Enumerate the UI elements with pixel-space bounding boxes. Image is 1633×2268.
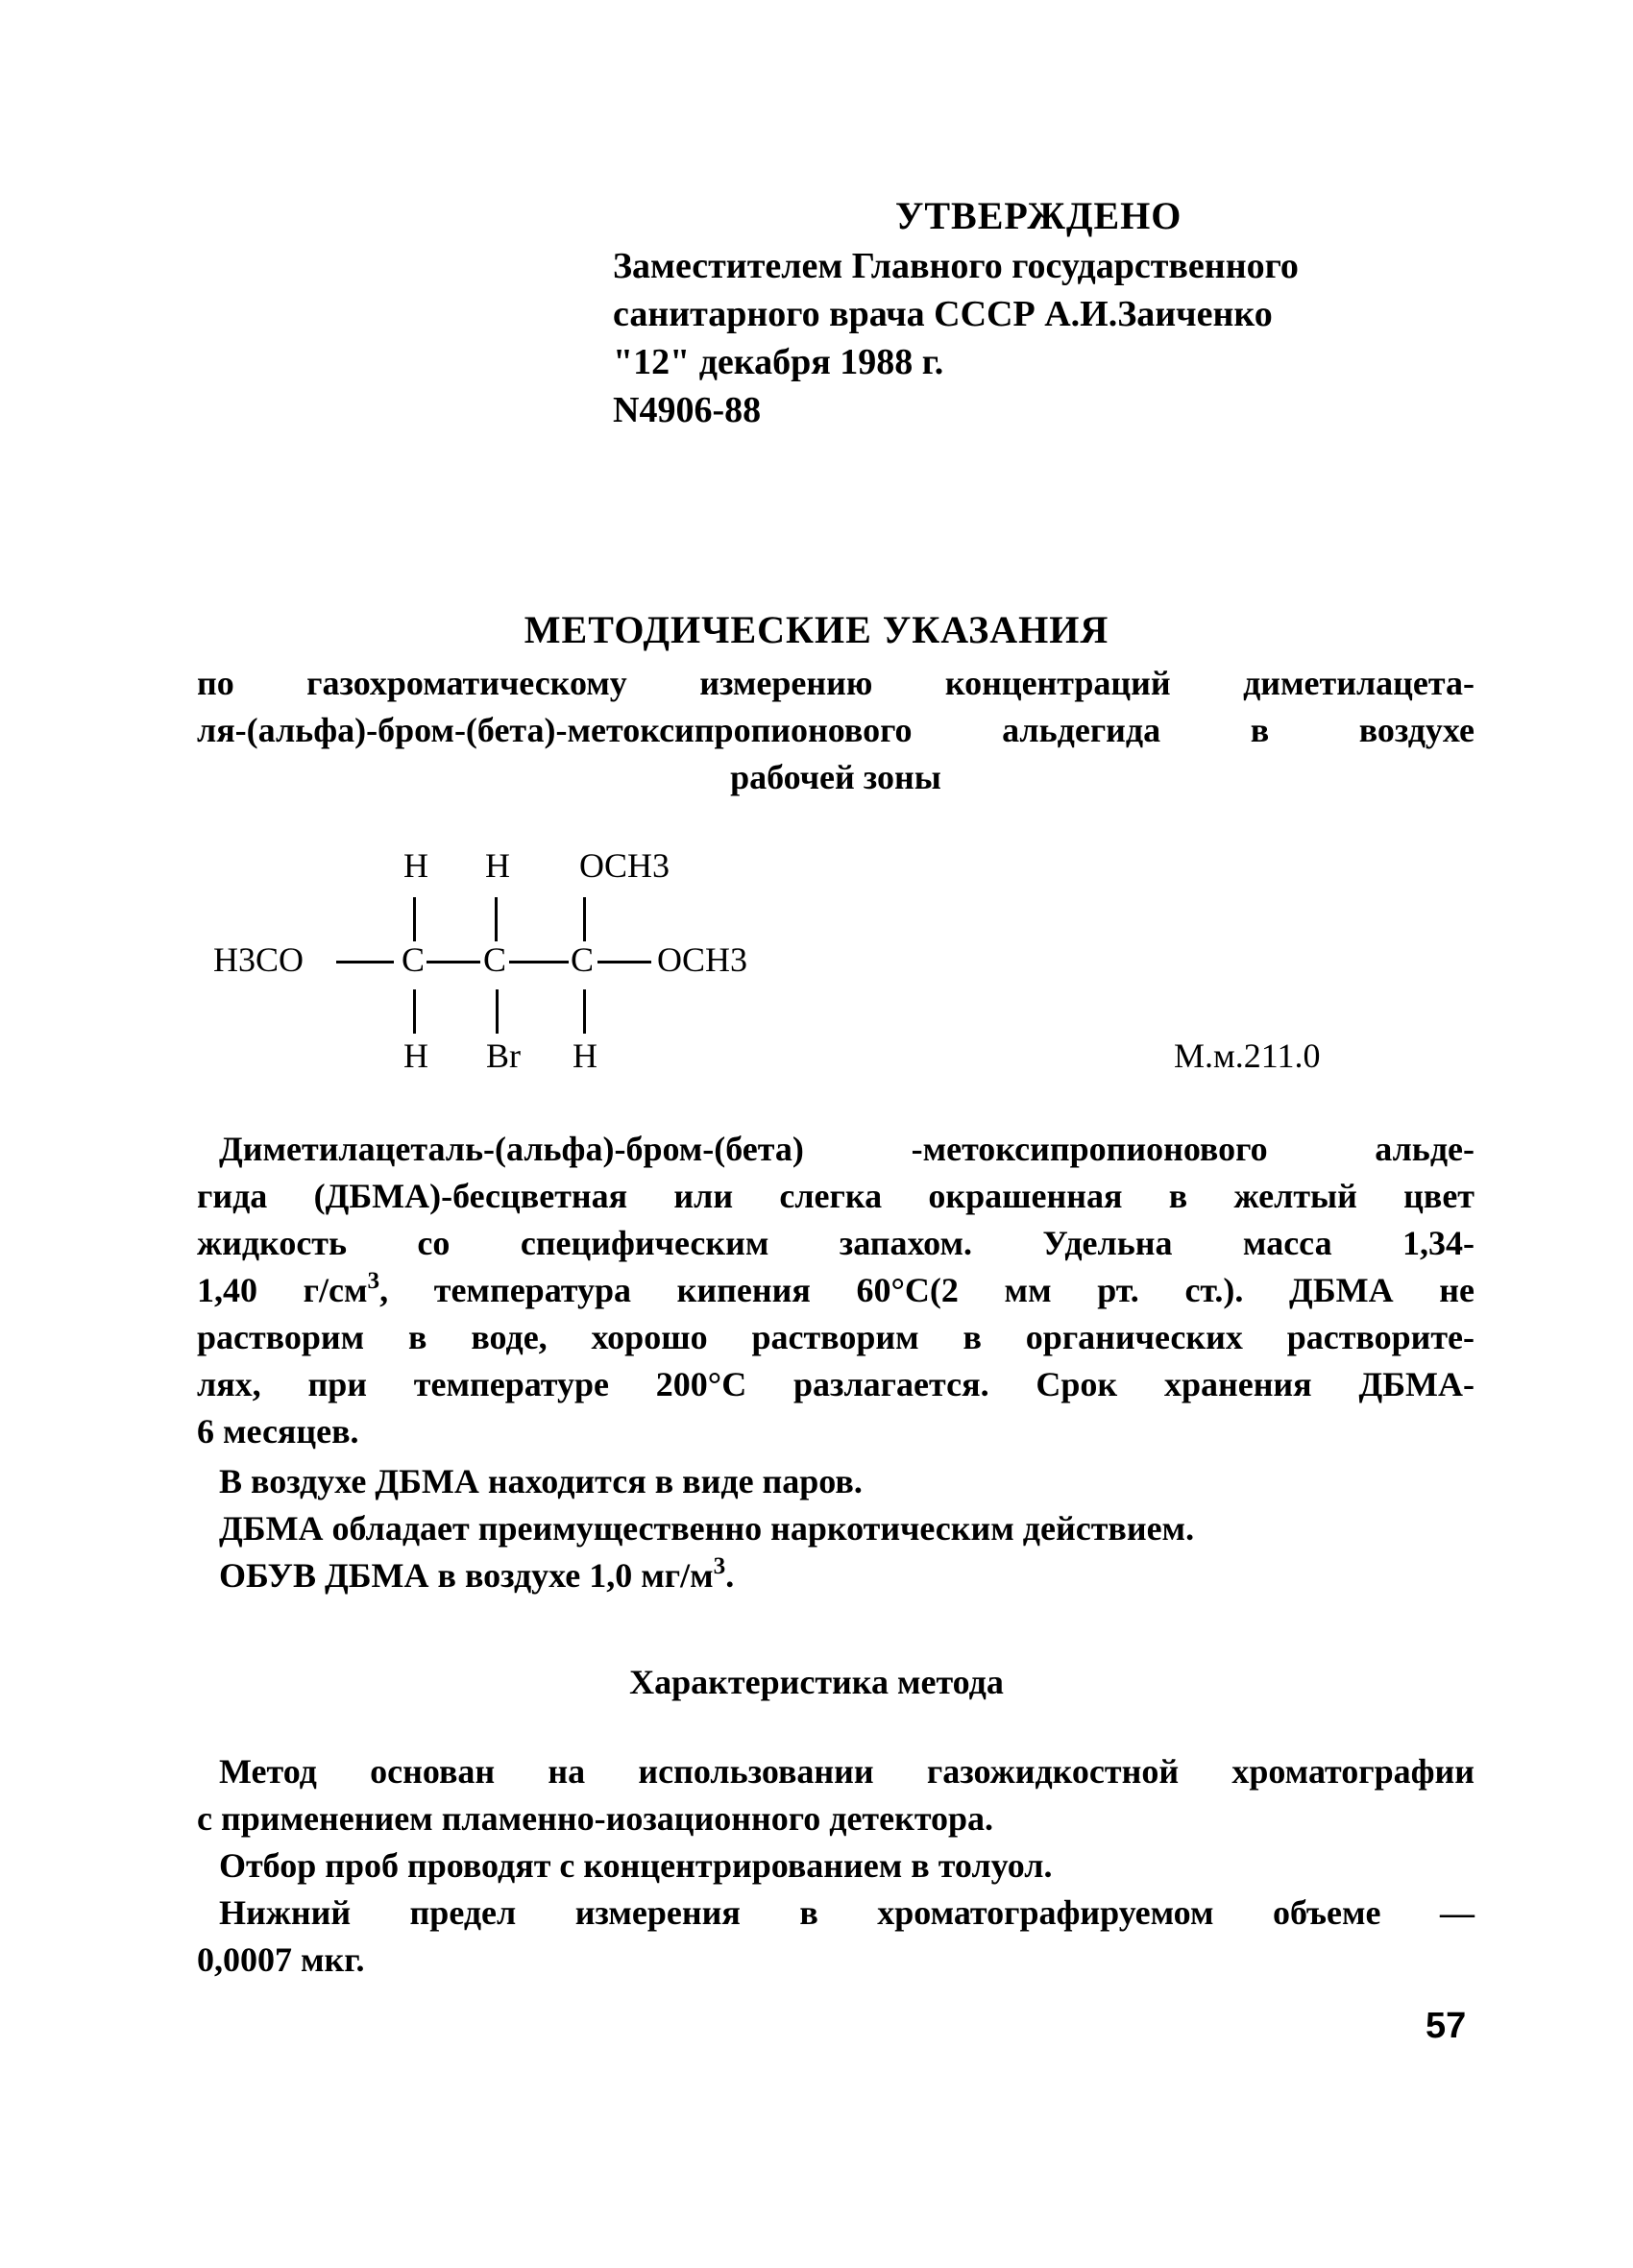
boiling-point-text: , температура кипения 60°С(2 мм рт. ст.)… [379,1271,1475,1309]
paragraph-obuv: ОБУВ ДБМА в воздухе 1,0 мг/м3. [219,1552,1475,1599]
bond-vertical [495,897,498,941]
formula-carbon-3: C [571,939,594,980]
formula-top-3: OCH3 [579,845,670,886]
description-line-6: лях, при температуре 200°С разлагается. … [197,1361,1475,1408]
bond-vertical [413,989,416,1034]
description-line-5: растворим в воде, хорошо растворим в орг… [197,1314,1475,1361]
paragraph-vapor: В воздухе ДБМА находится в виде паров. [219,1458,1475,1505]
bond-vertical [583,989,586,1034]
paragraph-effect: ДБМА обладает преимущественно наркотичес… [219,1505,1475,1552]
formula-carbon-1: C [402,939,425,980]
method-line-2: с применением пламенно-иозационного дете… [197,1795,1475,1842]
subtitle-line-1: по газохроматическому измерению концентр… [197,659,1475,707]
description-line-1: Диметилацеталь-(альфа)-бром-(бета) -мето… [219,1126,1475,1173]
obuv-text: ОБУВ ДБМА в воздухе 1,0 мг/м [219,1556,714,1595]
bond-vertical [496,989,499,1034]
bond-horizontal [336,961,394,963]
document-title: МЕТОДИЧЕСКИЕ УКАЗАНИЯ [0,607,1633,652]
bond-vertical [583,897,586,941]
method-line-1: Метод основан на использовании газожидко… [219,1748,1475,1795]
formula-right-group: OCH3 [657,939,747,980]
density-value: 1,40 г/см [197,1271,368,1309]
approval-line-2: санитарного врача СССР А.И.Заиченко [613,290,1273,338]
formula-left-group: H3CO [213,939,304,980]
formula-carbon-2: C [483,939,506,980]
approval-line-1: Заместителем Главного государственного [613,242,1299,290]
superscript: 3 [714,1553,726,1579]
method-limit-line-1: Нижний предел измерения в хроматографиру… [219,1890,1475,1937]
formula-bottom-2: Br [486,1036,521,1076]
molecular-mass: М.м.211.0 [1174,1036,1320,1076]
approval-date: "12" декабря 1988 г. [613,338,943,386]
description-line-7: 6 месяцев. [197,1408,1475,1455]
method-limit-line-2: 0,0007 мкг. [197,1937,1475,1984]
bond-horizontal [427,961,480,963]
formula-bottom-3: H [573,1036,597,1076]
section-heading-method: Характеристика метода [0,1662,1633,1702]
description-line-4: 1,40 г/см3, температура кипения 60°С(2 м… [197,1267,1475,1314]
superscript: 3 [368,1268,380,1294]
bond-horizontal [597,961,651,963]
subtitle-line-2: ля-(альфа)-бром-(бета)-метоксипропионово… [197,706,1475,754]
approval-number: N4906-88 [613,386,761,434]
formula-top-2: H [485,845,510,886]
bond-horizontal [509,961,569,963]
bond-vertical [413,897,416,941]
description-line-3: жидкость со специфическим запахом. Удель… [197,1220,1475,1267]
formula-bottom-1: H [403,1036,428,1076]
description-line-2: гида (ДБМА)-бесцветная или слегка окраше… [197,1173,1475,1220]
page-number: 57 [1426,2006,1466,2047]
subtitle-line-3: рабочей зоны [197,753,1475,801]
period: . [725,1556,734,1595]
method-sampling: Отбор проб проводят с концентрированием … [219,1842,1475,1890]
approved-heading: УТВЕРЖДЕНО [895,192,1182,240]
formula-top-1: H [403,845,428,886]
